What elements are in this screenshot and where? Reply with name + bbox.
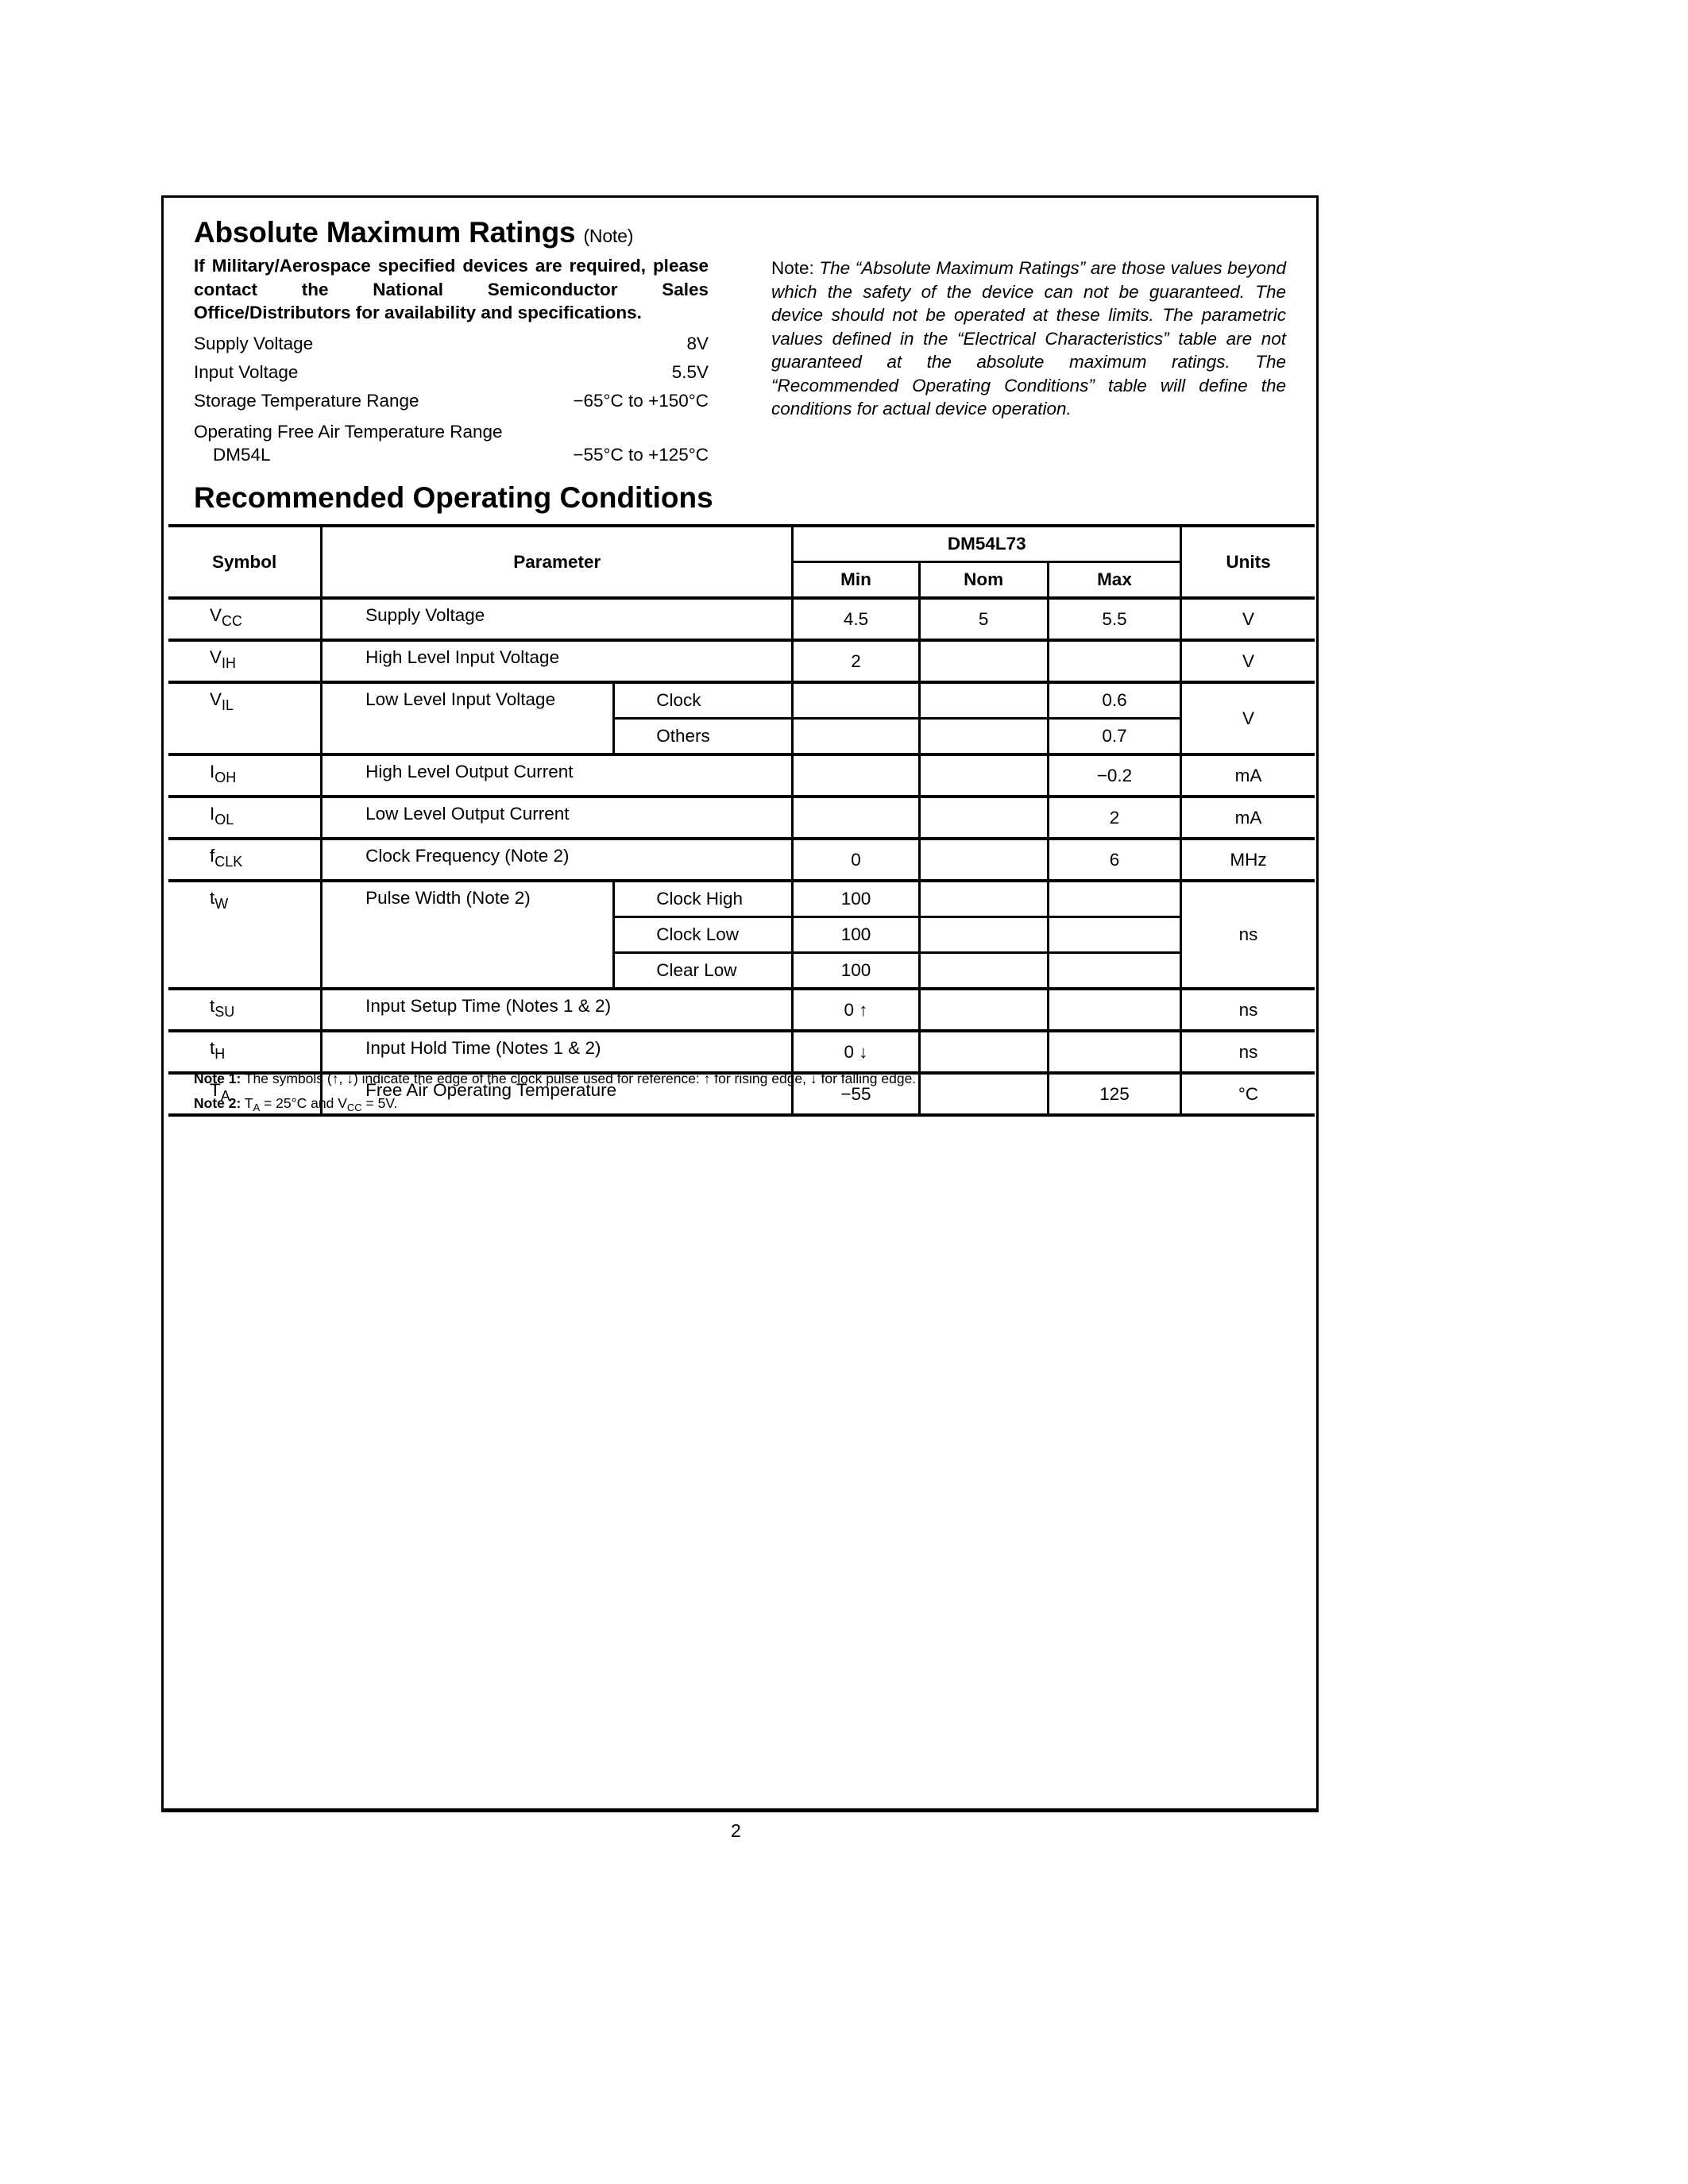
max-cell: −0.2 <box>1048 754 1180 797</box>
max-cell: 2 <box>1048 797 1180 839</box>
nom-cell: 5 <box>919 598 1048 640</box>
min-cell <box>793 719 919 755</box>
table-row-vih: VIH High Level Input Voltage 2 V <box>168 640 1315 682</box>
max-cell <box>1048 881 1180 917</box>
symbol-cell: VCC <box>168 598 322 640</box>
footnote-label: Note 2: <box>194 1095 241 1111</box>
nom-cell <box>919 640 1048 682</box>
table-row-vcc: VCC Supply Voltage 4.5 5 5.5 V <box>168 598 1315 640</box>
condition-cell: Clock Low <box>614 917 793 953</box>
nom-cell <box>919 917 1048 953</box>
max-cell: 125 <box>1048 1073 1180 1115</box>
max-cell: 5.5 <box>1048 598 1180 640</box>
min-cell: 100 <box>793 917 919 953</box>
max-cell <box>1048 953 1180 990</box>
nom-cell <box>919 1031 1048 1073</box>
table-row-iol: IOL Low Level Output Current 2 mA <box>168 797 1315 839</box>
condition-cell: Others <box>614 719 793 755</box>
rating-label: Operating Free Air Temperature Range <box>194 422 503 442</box>
header-units: Units <box>1181 526 1315 598</box>
max-cell: 0.6 <box>1048 682 1180 719</box>
units-cell: ns <box>1181 1031 1315 1073</box>
units-cell: °C <box>1181 1073 1315 1115</box>
rating-value: −55°C to +125°C <box>573 445 709 465</box>
symbol-cell: tSU <box>168 989 322 1031</box>
parameter-cell: High Level Input Voltage <box>322 640 793 682</box>
min-cell: 2 <box>793 640 919 682</box>
nom-cell <box>919 754 1048 797</box>
table-row-tw-clock-high: tW Pulse Width (Note 2) Clock High 100 n… <box>168 881 1315 917</box>
condition-cell: Clock <box>614 682 793 719</box>
min-cell <box>793 797 919 839</box>
units-cell: ns <box>1181 881 1315 989</box>
table-row-vil-clock: VIL Low Level Input Voltage Clock 0.6 V <box>168 682 1315 719</box>
max-cell <box>1048 917 1180 953</box>
heading-note: (Note) <box>583 226 633 246</box>
header-device: DM54L73 <box>793 526 1181 562</box>
nom-cell <box>919 719 1048 755</box>
rating-label: Input Voltage <box>194 362 298 383</box>
units-cell: MHz <box>1181 839 1315 881</box>
min-cell: 100 <box>793 881 919 917</box>
rating-operating-temperature: DM54L −55°C to +125°C <box>194 443 709 466</box>
nom-cell <box>919 881 1048 917</box>
parameter-cell: Supply Voltage <box>322 598 793 640</box>
absolute-ratings-note: Note: The “Absolute Maximum Ratings” are… <box>771 257 1286 421</box>
note-text: The “Absolute Maximum Ratings” are those… <box>771 258 1286 419</box>
absolute-maximum-ratings-heading: Absolute Maximum Ratings (Note) <box>194 216 633 249</box>
min-cell: 100 <box>793 953 919 990</box>
nom-cell <box>919 989 1048 1031</box>
header-parameter: Parameter <box>322 526 793 598</box>
rating-label: Supply Voltage <box>194 334 313 354</box>
note-lead: Note: <box>771 258 814 278</box>
ratings-list: Supply Voltage 8V Input Voltage 5.5V Sto… <box>194 330 709 466</box>
rating-supply-voltage: Supply Voltage 8V <box>194 330 709 358</box>
condition-cell: Clear Low <box>614 953 793 990</box>
footnote-2: Note 2: TA = 25°C and VCC = 5V. <box>194 1091 916 1116</box>
units-cell: mA <box>1181 754 1315 797</box>
min-cell <box>793 754 919 797</box>
rating-input-voltage: Input Voltage 5.5V <box>194 358 709 387</box>
nom-cell <box>919 797 1048 839</box>
rating-value: 8V <box>686 334 709 354</box>
max-cell <box>1048 1031 1180 1073</box>
nom-cell <box>919 839 1048 881</box>
min-cell: 0 <box>793 839 919 881</box>
nom-cell <box>919 953 1048 990</box>
units-cell: mA <box>1181 797 1315 839</box>
heading-text: Absolute Maximum Ratings <box>194 216 575 249</box>
rating-value: −65°C to +150°C <box>573 391 709 411</box>
min-cell: 4.5 <box>793 598 919 640</box>
symbol-cell: IOL <box>168 797 322 839</box>
rating-storage-temperature: Storage Temperature Range −65°C to +150°… <box>194 387 709 415</box>
units-cell: ns <box>1181 989 1315 1031</box>
page-number: 2 <box>731 1820 741 1842</box>
header-min: Min <box>793 562 919 599</box>
rating-sublabel: DM54L <box>194 445 271 465</box>
table-row-ioh: IOH High Level Output Current −0.2 mA <box>168 754 1315 797</box>
military-notice: If Military/Aerospace specified devices … <box>194 254 709 325</box>
table-footnotes: Note 1: The symbols (↑, ↓) indicate the … <box>194 1067 916 1116</box>
footnote-1: Note 1: The symbols (↑, ↓) indicate the … <box>194 1067 916 1091</box>
symbol-cell: VIL <box>168 682 322 754</box>
footnote-text: The symbols (↑, ↓) indicate the edge of … <box>245 1071 916 1086</box>
min-cell <box>793 682 919 719</box>
symbol-cell: fCLK <box>168 839 322 881</box>
symbol-cell: VIH <box>168 640 322 682</box>
nom-cell <box>919 1073 1048 1115</box>
max-cell: 0.7 <box>1048 719 1180 755</box>
parameter-cell: Clock Frequency (Note 2) <box>322 839 793 881</box>
nom-cell <box>919 682 1048 719</box>
max-cell <box>1048 640 1180 682</box>
rating-value: 5.5V <box>672 362 709 383</box>
footnote-label: Note 1: <box>194 1071 241 1086</box>
max-cell: 6 <box>1048 839 1180 881</box>
min-cell: 0 ↑ <box>793 989 919 1031</box>
table-row-tsu: tSU Input Setup Time (Notes 1 & 2) 0 ↑ n… <box>168 989 1315 1031</box>
parameter-cell: Input Setup Time (Notes 1 & 2) <box>322 989 793 1031</box>
parameter-cell: Pulse Width (Note 2) <box>322 881 614 989</box>
rating-operating-temperature-label: Operating Free Air Temperature Range <box>194 420 709 443</box>
header-max: Max <box>1048 562 1180 599</box>
header-symbol: Symbol <box>168 526 322 598</box>
table-row-fclk: fCLK Clock Frequency (Note 2) 0 6 MHz <box>168 839 1315 881</box>
rating-label: Storage Temperature Range <box>194 391 419 411</box>
symbol-cell: tW <box>168 881 322 989</box>
condition-cell: Clock High <box>614 881 793 917</box>
units-cell: V <box>1181 640 1315 682</box>
symbol-cell: IOH <box>168 754 322 797</box>
max-cell <box>1048 989 1180 1031</box>
parameter-cell: High Level Output Current <box>322 754 793 797</box>
recommended-operating-conditions-table: Symbol Parameter DM54L73 Units Min Nom M… <box>168 524 1315 1117</box>
header-nom: Nom <box>919 562 1048 599</box>
recommended-operating-conditions-heading: Recommended Operating Conditions <box>194 481 713 515</box>
parameter-cell: Low Level Input Voltage <box>322 682 614 754</box>
units-cell: V <box>1181 682 1315 754</box>
parameter-cell: Low Level Output Current <box>322 797 793 839</box>
units-cell: V <box>1181 598 1315 640</box>
